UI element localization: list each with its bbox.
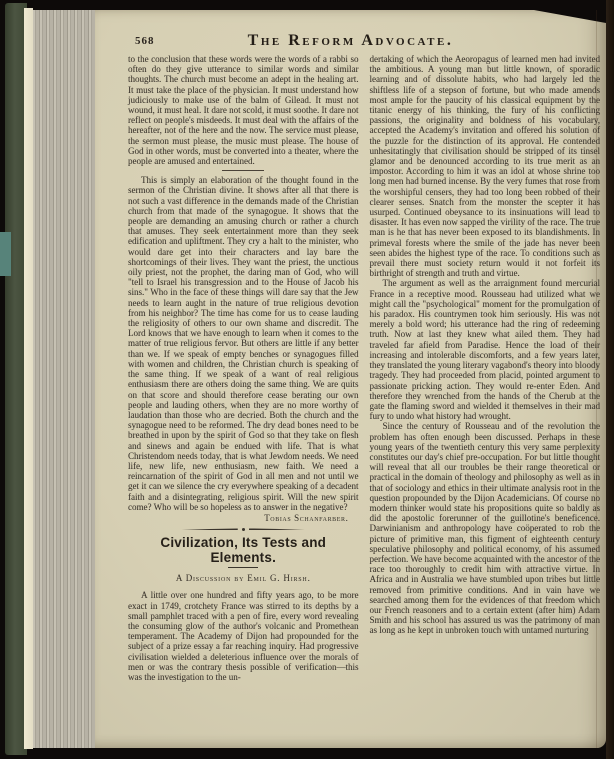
paragraph: This is simply an elaboration of the tho… <box>128 175 359 512</box>
bookmark-tab <box>0 232 11 276</box>
heading-rule <box>228 567 258 569</box>
section-rule <box>222 170 264 171</box>
page-header: 568 The Reform Advocate. <box>95 32 606 52</box>
scanned-page: 568 The Reform Advocate. to the conclusi… <box>95 10 606 748</box>
text-columns: to the conclusion that these words were … <box>128 54 600 734</box>
ornament-dot-icon <box>242 528 245 531</box>
paragraph: A little over one hundred and fifty year… <box>128 590 359 682</box>
paragraph: The argument as well as the arraignment … <box>370 278 601 421</box>
author-attribution: Tobias Schanfarber. <box>128 513 359 523</box>
right-column: dertaking of which the Aeoropagus of lea… <box>370 54 601 734</box>
article-byline: A Discussion by Emil G. Hirsh. <box>128 573 359 583</box>
left-column: to the conclusion that these words were … <box>128 54 359 734</box>
ornament-line-icon <box>182 528 238 530</box>
article-title: Civilization, Its Tests and Elements. <box>128 535 359 565</box>
ornament-divider <box>128 528 359 531</box>
paragraph-continuation: dertaking of which the Aeoropagus of lea… <box>370 54 601 278</box>
ornament-line-icon <box>249 528 305 530</box>
page-number: 568 <box>135 35 155 47</box>
page-edge <box>24 8 33 749</box>
page-stack-edges <box>33 10 95 748</box>
paragraph-continuation: to the conclusion that these words were … <box>128 54 359 166</box>
masthead-title: The Reform Advocate. <box>95 32 606 50</box>
paragraph: Since the century of Rousseau and of the… <box>370 421 601 635</box>
right-gutter-shadow <box>606 0 614 759</box>
